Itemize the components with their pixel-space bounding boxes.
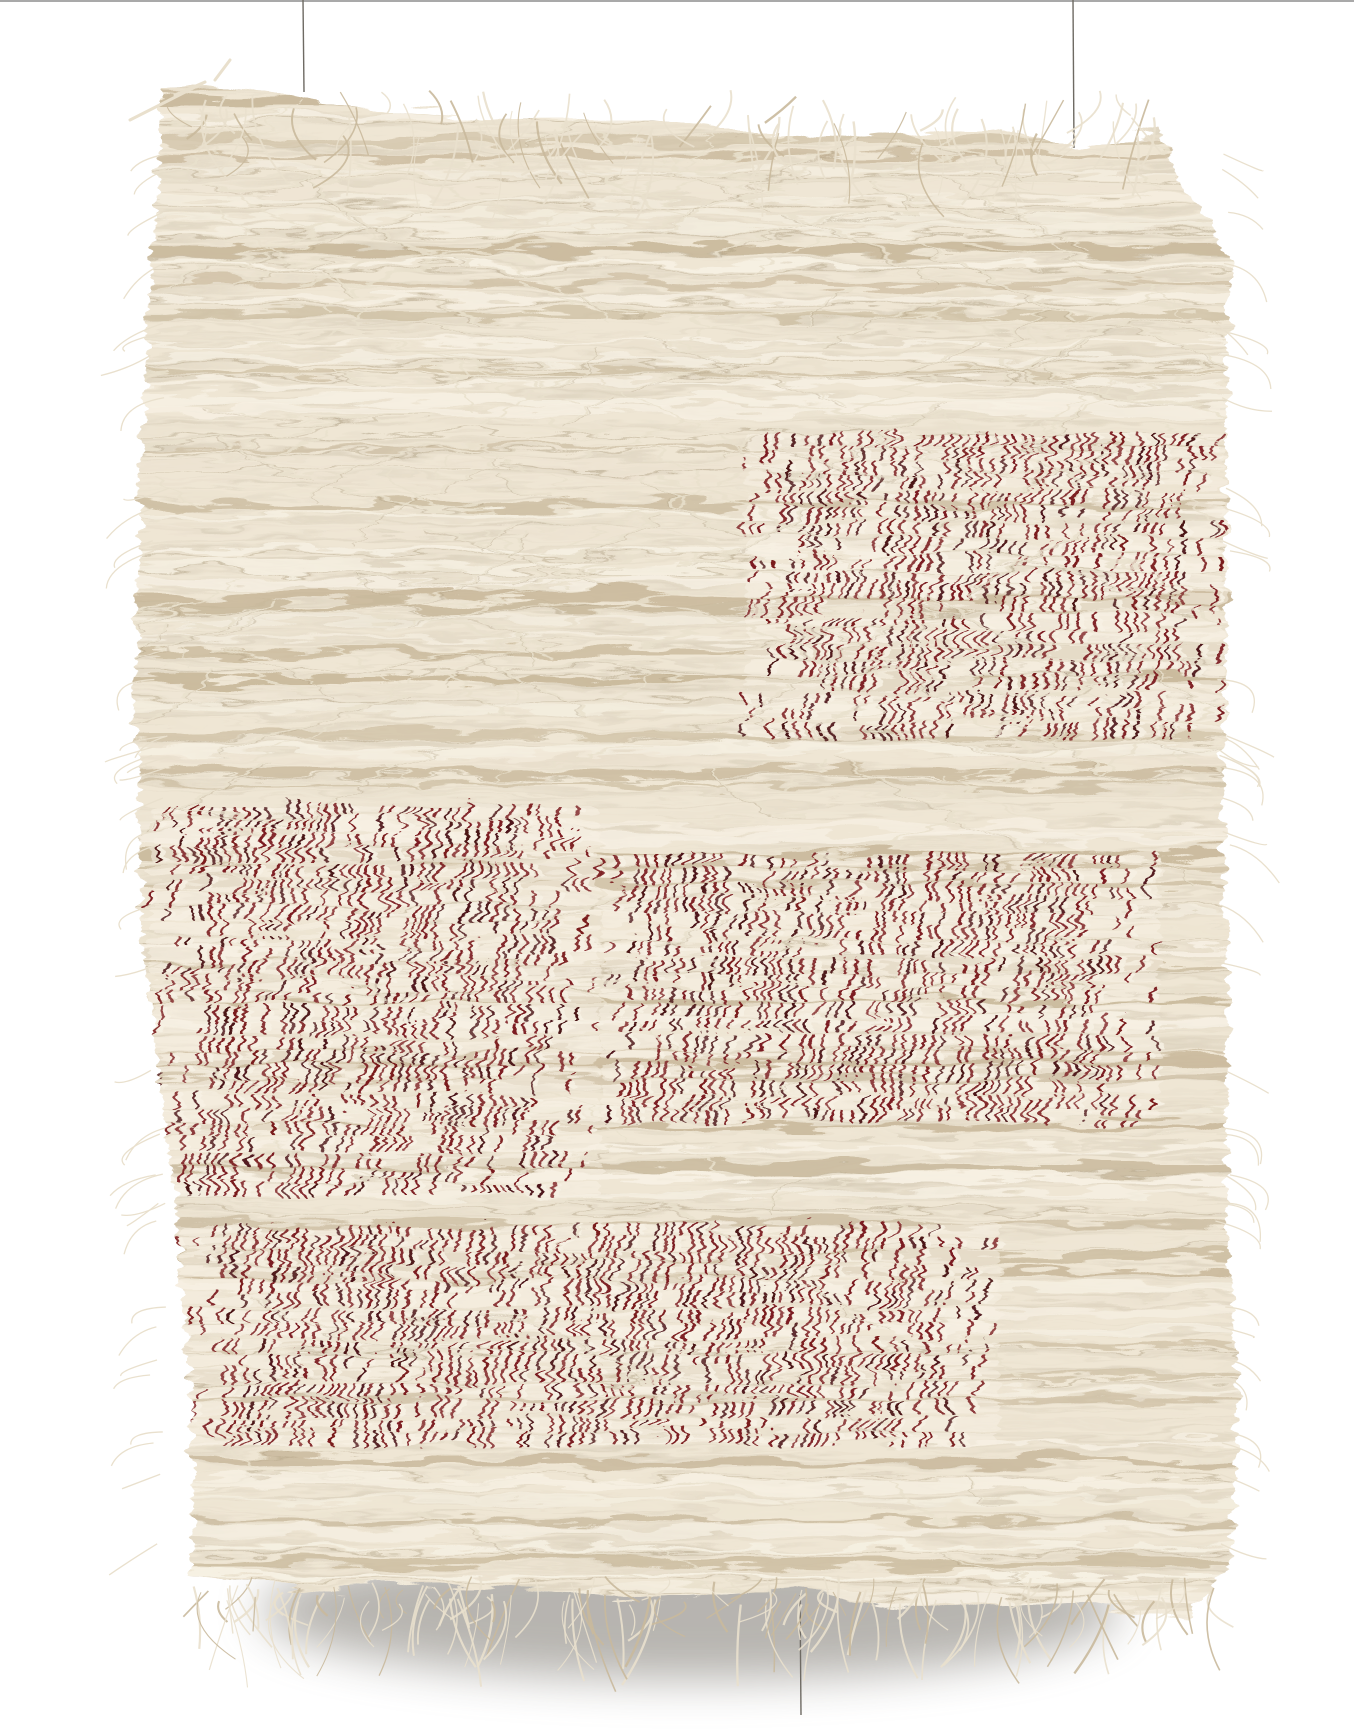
textile-artwork <box>0 0 1354 1735</box>
textile-body <box>0 0 1354 1735</box>
artwork-photo <box>0 0 1354 1735</box>
